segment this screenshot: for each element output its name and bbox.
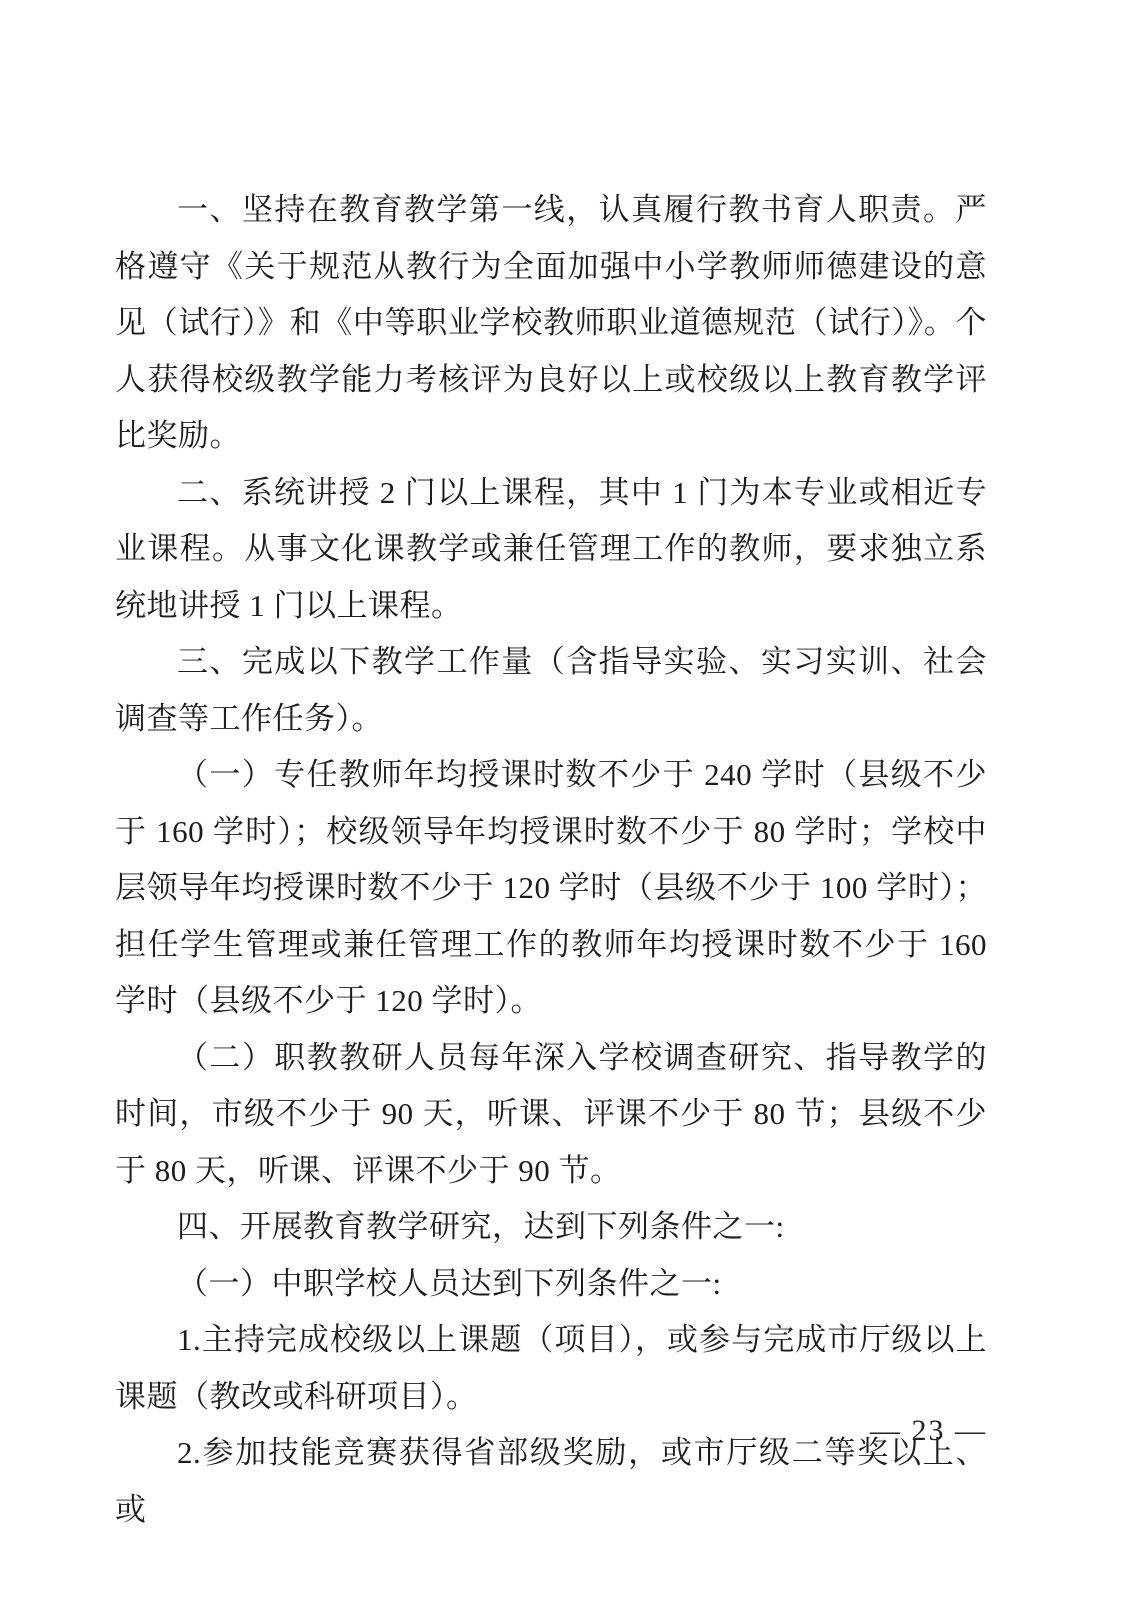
paragraph-3: 三、完成以下教学工作量（含指导实验、实习实训、社会调查等工作任务）。 (115, 634, 987, 747)
page-number: — 23 — (870, 1414, 987, 1447)
paragraph-7: （一）中职学校人员达到下列条件之一: (115, 1256, 987, 1313)
page-footer: — 23 — (115, 1410, 987, 1452)
document-body: 一、坚持在教育教学第一线，认真履行教书育人职责。严格遵守《关于规范从教行为全面加… (115, 182, 987, 1538)
paragraph-1: 一、坚持在教育教学第一线，认真履行教书育人职责。严格遵守《关于规范从教行为全面加… (115, 182, 987, 465)
document-page: 一、坚持在教育教学第一线，认真履行教书育人职责。严格遵守《关于规范从教行为全面加… (0, 0, 1130, 1600)
paragraph-4: （一）专任教师年均授课时数不少于 240 学时（县级不少于 160 学时）；校级… (115, 747, 987, 1030)
paragraph-6: 四、开展教育教学研究，达到下列条件之一: (115, 1199, 987, 1256)
paragraph-5: （二）职教教研人员每年深入学校调查研究、指导教学的时间，市级不少于 90 天，听… (115, 1030, 987, 1200)
paragraph-8: 1.主持完成校级以上课题（项目），或参与完成市厅级以上课题（教改或科研项目）。 (115, 1312, 987, 1425)
paragraph-2: 二、系统讲授 2 门以上课程，其中 1 门为本专业或相近专业课程。从事文化课教学… (115, 465, 987, 635)
